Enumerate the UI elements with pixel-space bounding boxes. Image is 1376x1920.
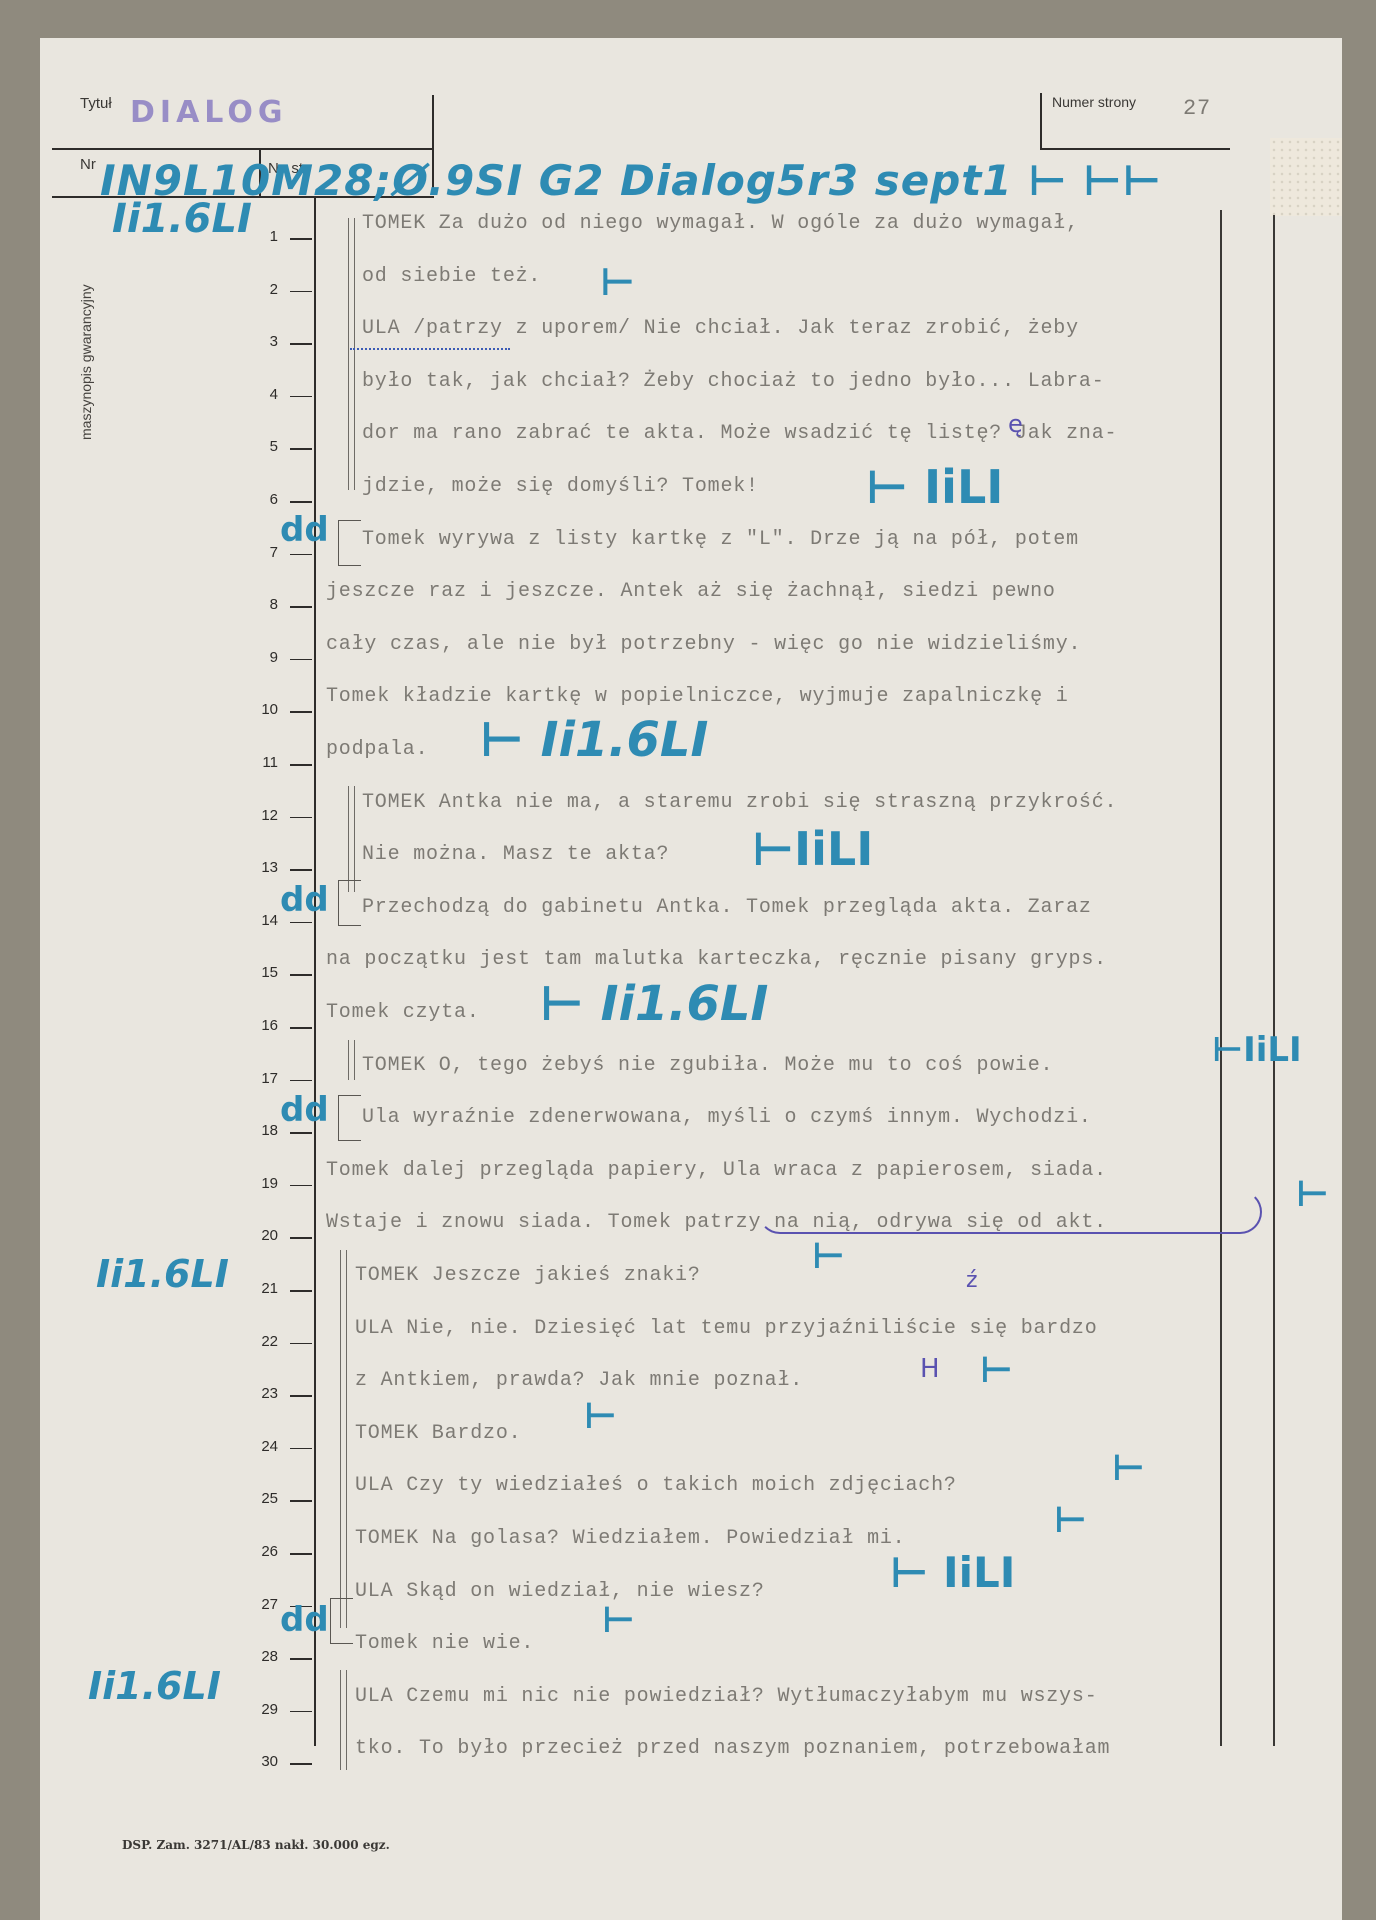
- page-number-box-bottom: [1040, 148, 1230, 150]
- dialogue-bar: [348, 1040, 355, 1080]
- line-tick: [290, 1290, 312, 1292]
- page-number-box-left: [1040, 93, 1042, 149]
- typescript-line: TOMEK Na golasa? Wiedziałem. Powiedział …: [355, 1527, 905, 1550]
- inline-mark: ⊢: [1054, 1500, 1087, 1541]
- line-tick: [290, 922, 312, 924]
- line-tick: [290, 869, 312, 871]
- title-stamp: DIALOG: [130, 95, 287, 130]
- line-tick: [290, 396, 312, 398]
- line-number: 25: [238, 1490, 278, 1507]
- line-tick: [290, 817, 312, 819]
- line-tick: [290, 1080, 312, 1082]
- typescript-line: Tomek czyta.: [326, 1001, 480, 1024]
- line-number: 26: [238, 1543, 278, 1560]
- direction-bracket: [338, 520, 361, 566]
- margin-note: Ii1.6LI: [96, 1252, 229, 1296]
- page-number-label: Numer strony: [1052, 94, 1136, 110]
- line-tick: [290, 764, 312, 766]
- typescript-line: TOMEK Jeszcze jakieś znaki?: [355, 1264, 701, 1287]
- line-tick: [290, 1395, 312, 1397]
- typescript-line: TOMEK O, tego żebyś nie zgubiła. Może mu…: [362, 1054, 1053, 1077]
- line-number: 13: [238, 859, 278, 876]
- inline-mark: ⊢ IiLI: [890, 1548, 1015, 1597]
- line-number: 20: [238, 1227, 278, 1244]
- line-tick: [290, 1185, 312, 1187]
- inline-mark: ⊢: [812, 1236, 845, 1277]
- line-number: 6: [238, 491, 278, 508]
- typescript-line: Tomek wyrywa z listy kartkę z "L". Drze …: [362, 528, 1079, 551]
- dialogue-bar: [340, 1670, 347, 1770]
- typescript-line: TOMEK Bardzo.: [355, 1422, 521, 1445]
- line-number: 23: [238, 1385, 278, 1402]
- direction-bracket: [338, 1095, 361, 1141]
- inline-mark: ⊢ Ii1.6LI: [540, 976, 768, 1032]
- line-tick: [290, 554, 312, 556]
- line-number: 12: [238, 807, 278, 824]
- dialogue-bar: [340, 1250, 347, 1628]
- line-number: 24: [238, 1438, 278, 1455]
- typescript-line: Tomek kładzie kartkę w popielniczce, wyj…: [326, 685, 1069, 708]
- side-caption: maszynopis gwarancyjny: [78, 284, 94, 440]
- typescript-line: ULA Czemu mi nic nie powiedział? Wytłuma…: [355, 1685, 1098, 1708]
- correction-mark: ź: [966, 1268, 978, 1293]
- typescript-line: Przechodzą do gabinetu Antka. Tomek prze…: [362, 896, 1092, 919]
- nr-label: Nr: [80, 156, 96, 173]
- typescript-line: na początku jest tam malutka karteczka, …: [326, 948, 1107, 971]
- typescript-line: od siebie też.: [362, 265, 541, 288]
- line-tick: [290, 343, 312, 345]
- inline-mark: ⊢IiLI: [1212, 1030, 1302, 1070]
- line-tick: [290, 1763, 312, 1765]
- line-tick: [290, 1132, 312, 1134]
- inline-mark: ⊢: [1112, 1448, 1145, 1489]
- line-number: 14: [238, 912, 278, 929]
- title-label: Tytuł: [80, 95, 112, 112]
- correction-mark: H: [920, 1354, 940, 1384]
- dd-mark: dd: [280, 1600, 329, 1640]
- catalog-code-handwritten: IN9L10M28;Ø.9SI G2 Dialog5r3 sept1 ⊢ ⊢⊢: [100, 156, 1162, 205]
- margin-note: Ii1.6LI: [112, 196, 252, 242]
- page-number: 27: [1183, 96, 1211, 121]
- line-number: 19: [238, 1175, 278, 1192]
- typescript-line: Nie można. Masz te akta?: [362, 843, 669, 866]
- direction-bracket: [330, 1598, 353, 1644]
- inline-mark: ⊢: [602, 1600, 635, 1641]
- typescript-line: dor ma rano zabrać te akta. Może wsadzić…: [362, 422, 1117, 445]
- typescript-line: ULA Czy ty wiedziałeś o takich moich zdj…: [355, 1474, 957, 1497]
- typescript-line: jeszcze raz i jeszcze. Antek aż się żach…: [326, 580, 1056, 603]
- correction-mark: ę: [1008, 410, 1023, 438]
- line-number: 30: [238, 1753, 278, 1770]
- line-number: 8: [238, 596, 278, 613]
- inline-mark: ⊢ IiLI: [866, 460, 1003, 514]
- print-footer: DSP. Zam. 3271/AL/83 nakł. 30.000 egz.: [122, 1838, 390, 1852]
- direction-bracket: [338, 880, 361, 926]
- line-number: 18: [238, 1122, 278, 1139]
- line-tick: [290, 501, 312, 503]
- line-number: 10: [238, 701, 278, 718]
- right-margin-rule-1: [1220, 210, 1222, 1746]
- typescript-line: podpala.: [326, 738, 428, 761]
- typescript-line: było tak, jak chciał? Żeby chociaż to je…: [362, 370, 1105, 393]
- line-number: 2: [238, 281, 278, 298]
- typescript-line: Tomek nie wie.: [355, 1632, 534, 1655]
- typescript-line: z Antkiem, prawda? Jak mnie poznał.: [355, 1369, 803, 1392]
- typescript-line: tko. To było przecież przed naszym pozna…: [355, 1737, 1110, 1760]
- line-tick: [290, 1343, 312, 1345]
- line-tick: [290, 448, 312, 450]
- inline-mark: ⊢: [980, 1350, 1013, 1391]
- line-number: 28: [238, 1648, 278, 1665]
- line-tick: [290, 1237, 312, 1239]
- inline-mark: ⊢: [1296, 1174, 1329, 1215]
- dialogue-bar: [348, 218, 355, 490]
- line-tick: [290, 1711, 312, 1713]
- wavy-underline: [350, 342, 510, 350]
- dd-mark: dd: [280, 1090, 329, 1130]
- typescript-line: ULA /patrzy z uporem/ Nie chciał. Jak te…: [362, 317, 1079, 340]
- line-tick: [290, 974, 312, 976]
- adhesive-tape: [1270, 138, 1342, 216]
- inline-mark: ⊢ Ii1.6LI: [480, 712, 708, 768]
- typescript-line: ULA Nie, nie. Dziesięć lat temu przyjaźn…: [355, 1317, 1098, 1340]
- typescript-line: jdzie, może się domyśli? Tomek!: [362, 475, 759, 498]
- typescript-line: TOMEK Za dużo od niego wymagał. W ogóle …: [362, 212, 1079, 235]
- line-number: 29: [238, 1701, 278, 1718]
- line-tick: [290, 711, 312, 713]
- line-tick: [290, 1027, 312, 1029]
- dd-mark: dd: [280, 510, 329, 550]
- inline-mark: ⊢: [584, 1396, 617, 1437]
- typescript-line: cały czas, ale nie był potrzebny - więc …: [326, 633, 1081, 656]
- line-number: 5: [238, 438, 278, 455]
- line-number: 4: [238, 386, 278, 403]
- line-tick: [290, 1448, 312, 1450]
- line-number: 11: [238, 754, 278, 771]
- right-margin-rule-2: [1273, 215, 1275, 1746]
- line-number: 15: [238, 964, 278, 981]
- line-tick: [290, 1500, 312, 1502]
- line-number: 22: [238, 1333, 278, 1350]
- header-rule: [52, 148, 434, 150]
- typescript-line: TOMEK Antka nie ma, a staremu zrobi się …: [362, 791, 1117, 814]
- line-tick: [290, 606, 312, 608]
- typescript-line: Ula wyraźnie zdenerwowana, myśli o czymś…: [362, 1106, 1092, 1129]
- line-number: 27: [238, 1596, 278, 1613]
- line-tick: [290, 291, 312, 293]
- line-tick: [290, 238, 312, 240]
- line-number: 16: [238, 1017, 278, 1034]
- transposition-curve: [758, 1190, 1262, 1234]
- dd-mark: dd: [280, 880, 329, 920]
- line-tick: [290, 1553, 312, 1555]
- line-number: 9: [238, 649, 278, 666]
- line-number: 17: [238, 1070, 278, 1087]
- dialogue-bar: [348, 786, 355, 892]
- typescript-line: ULA Skąd on wiedział, nie wiesz?: [355, 1580, 765, 1603]
- line-number: 7: [238, 544, 278, 561]
- line-number: 3: [238, 333, 278, 350]
- line-tick: [290, 659, 312, 661]
- line-number: 21: [238, 1280, 278, 1297]
- inline-mark: ⊢: [600, 260, 635, 304]
- margin-note: Ii1.6LI: [88, 1664, 221, 1708]
- typescript-line: Tomek dalej przegląda papiery, Ula wraca…: [326, 1159, 1107, 1182]
- line-tick: [290, 1658, 312, 1660]
- inline-mark: ⊢IiLI: [752, 822, 873, 876]
- line-number-rule: [314, 198, 316, 1746]
